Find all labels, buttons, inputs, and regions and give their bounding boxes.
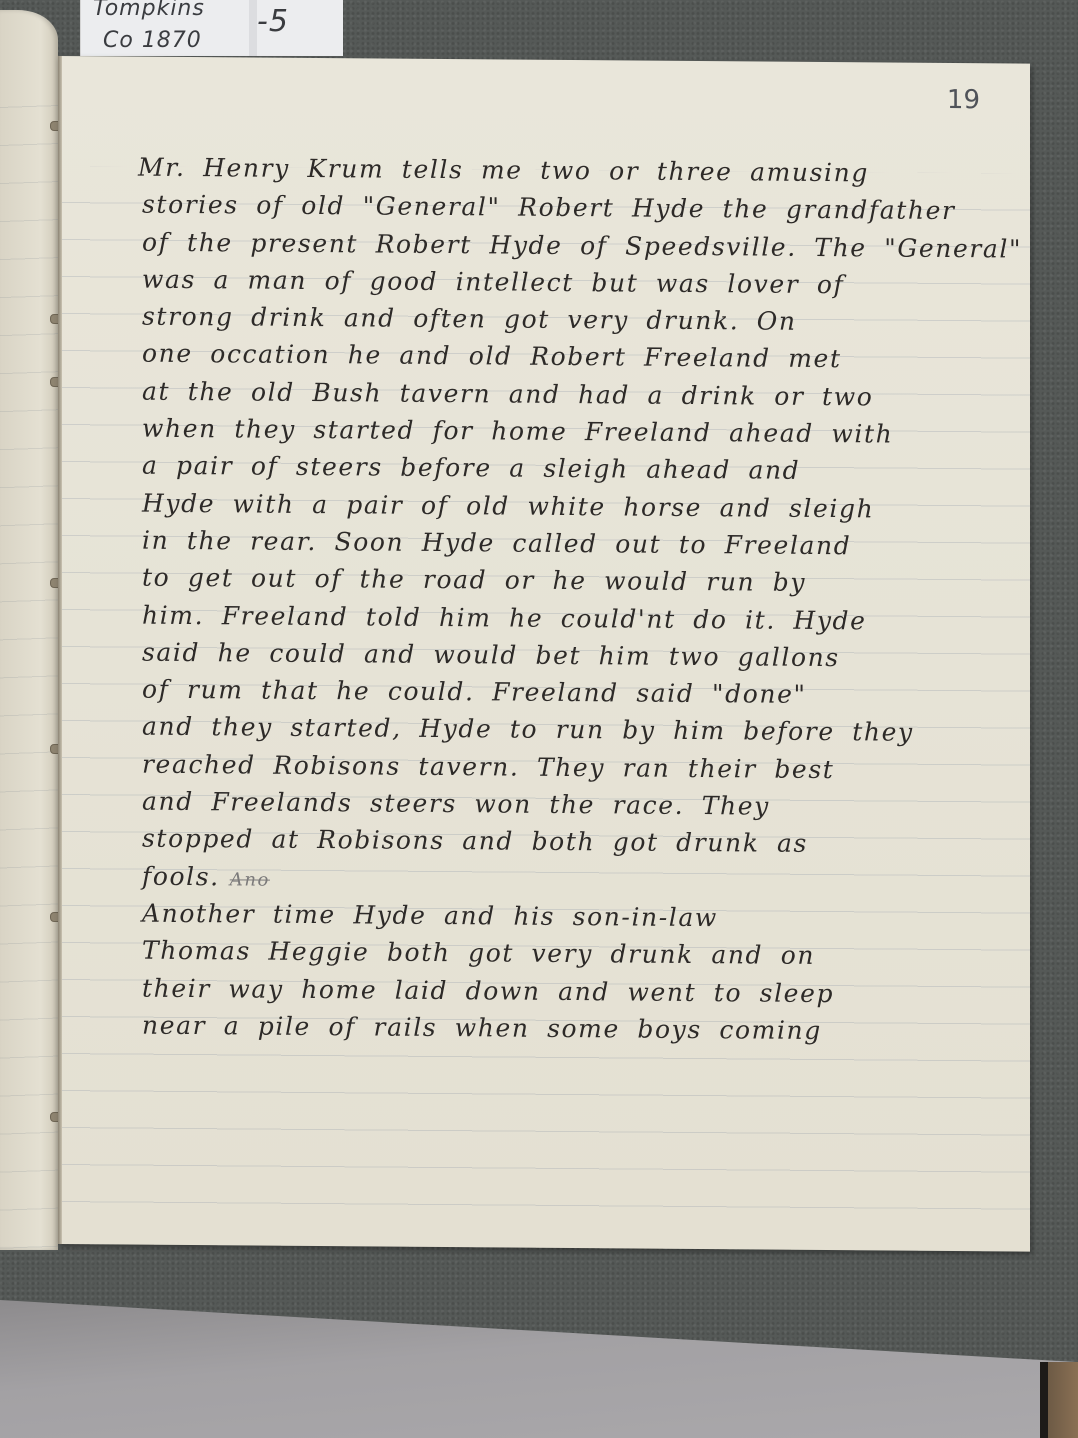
text-fragment: fools. bbox=[142, 861, 220, 891]
manuscript-page: 19 Mr. Henry Krum tells me two or three … bbox=[58, 56, 1030, 1252]
page-gutter bbox=[58, 56, 62, 1244]
text-line: stories of old "General" Robert Hyde the… bbox=[138, 186, 1018, 230]
label-number: -5 bbox=[257, 4, 289, 39]
text-line: to get out of the road or he would run b… bbox=[138, 559, 1018, 603]
left-page-edge bbox=[0, 10, 58, 1250]
label-line-2: Co 1870 bbox=[103, 28, 202, 53]
struck-word: Ano bbox=[230, 869, 270, 890]
label-line-1: Tompkins bbox=[93, 0, 205, 21]
archive-label-slip: Tompkins Co 1870 -5 bbox=[80, 0, 343, 56]
text-line: near a pile of rails when some boys comi… bbox=[138, 1006, 1018, 1050]
text-line: stopped at Robisons and both got drunk a… bbox=[138, 820, 1018, 864]
left-page-rules bbox=[0, 70, 58, 1250]
label-divider bbox=[249, 0, 257, 56]
page-number: 19 bbox=[947, 85, 980, 115]
text-line: Thomas Heggie both got very drunk and on bbox=[138, 932, 1018, 976]
text-line: a pair of steers before a sleigh ahead a… bbox=[138, 447, 1018, 491]
book-cover-corner bbox=[1040, 1362, 1078, 1438]
handwritten-text: Mr. Henry Krum tells me two or three amu… bbox=[138, 149, 1018, 1051]
